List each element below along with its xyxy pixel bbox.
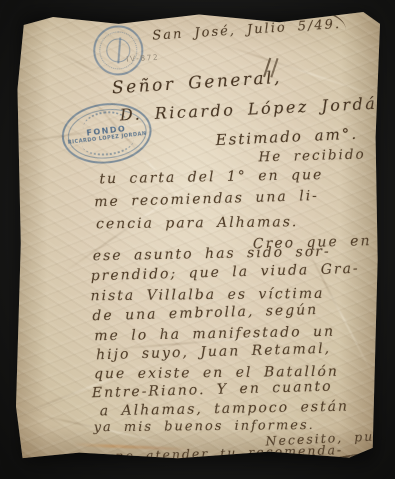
letter-line: me recomiendas una li- xyxy=(94,188,319,210)
date-line: San José, Julio 5/49. xyxy=(152,17,342,44)
letter-line: hijo suyo, Juan Retamal, xyxy=(96,341,331,364)
pencil-catalog-number: IV-872 xyxy=(126,53,159,64)
letter-line: a Alhamas, tampoco están xyxy=(100,399,350,420)
letter-line: He recibido xyxy=(258,146,366,165)
letter-paper: IV-872 FONDO RICARDO LOPEZ JORDAN San Jo… xyxy=(13,8,381,464)
addressee-line: D. Ricardo López Jordán, xyxy=(119,93,395,125)
letter-line: de una embrolla, según xyxy=(92,302,318,324)
salutation-line: Señor General, xyxy=(111,68,282,99)
circular-ink-stamp xyxy=(93,25,143,75)
letter-line: tu carta del 1° en que xyxy=(99,167,323,187)
letter-line: ese asunto has sido sor- xyxy=(93,244,331,265)
greeting-line: Estimado am°. xyxy=(215,125,358,149)
letter-line: nista Villalba es víctima xyxy=(90,286,324,304)
letter-line: cencia para Alhamas. xyxy=(96,214,298,232)
letter-line: Entre-Riano. Y en cuanto xyxy=(92,379,333,402)
photo-background: IV-872 FONDO RICARDO LOPEZ JORDAN San Jo… xyxy=(0,0,395,479)
letter-line: prendido; que la viuda Gra- xyxy=(90,261,359,285)
